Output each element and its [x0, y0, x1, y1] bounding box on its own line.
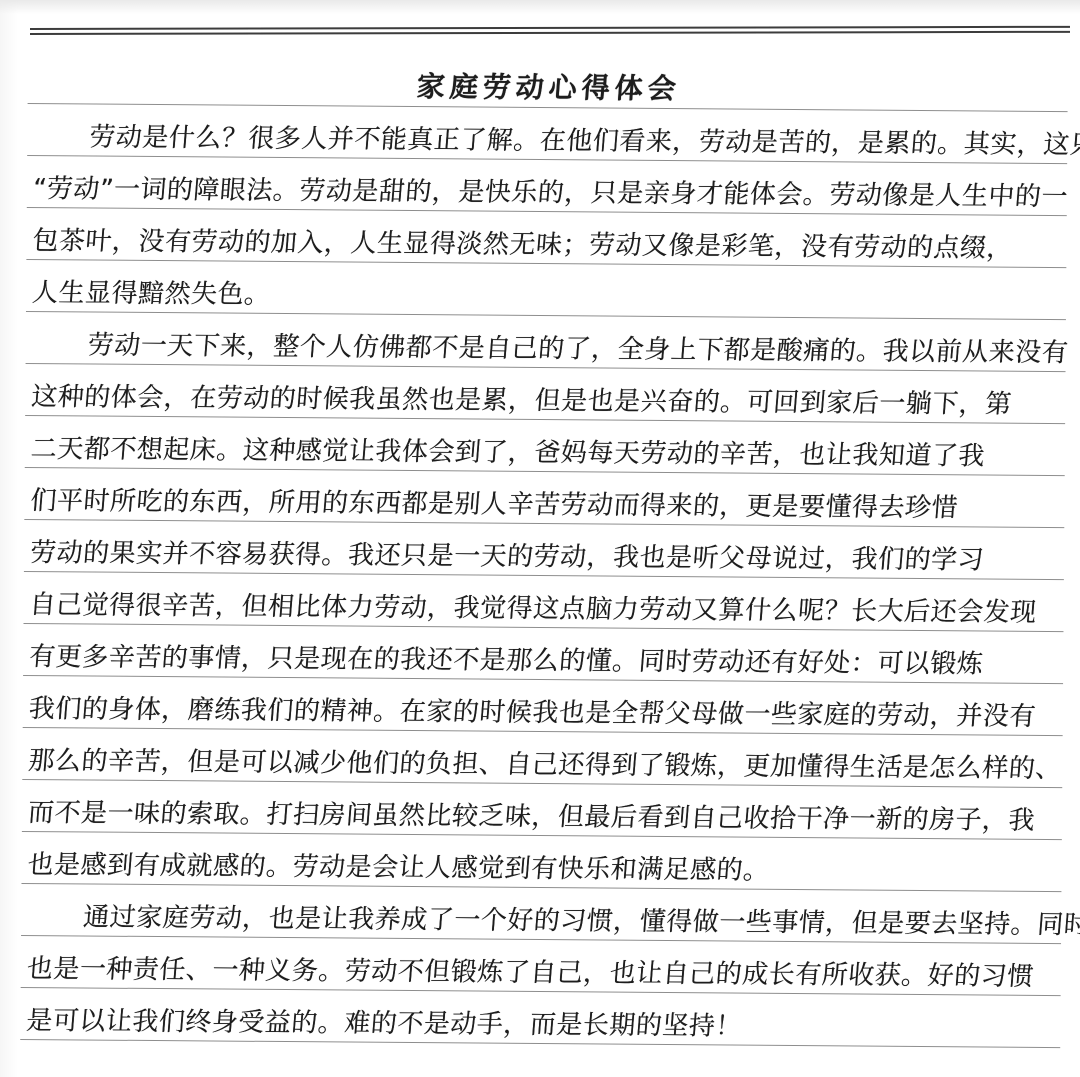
handwritten-line: “劳动”一词的障眼法。劳动是甜的，是快乐的，只是亲身才能体会。劳动像是人生中的一 — [27, 156, 1067, 216]
line-text: 也是感到有成就感的。劳动是会让人感觉到有快乐和满足感的。 — [26, 851, 770, 885]
line-text: 劳动的果实并不容易获得。我还只是一天的劳动，我也是听父母说过，我们的学习 — [29, 539, 985, 575]
line-text: 也是一种责任、一种义务。劳动不但锻炼了自己，也让自己的成长有所收获。好的习惯 — [26, 955, 1035, 991]
line-text: 那么的辛苦，但是可以减少他们的负担、自己还得到了锻炼，更加懂得生活是怎么样的、 — [27, 747, 1063, 784]
line-text: 二天都不想起床。这种感觉让我体会到了，爸妈每天劳动的辛苦，也让我知道了我 — [30, 435, 986, 471]
line-text: 有更多辛苦的事情，只是现在的我还不是那么的懂。同时劳动还有好处：可以锻炼 — [28, 643, 984, 679]
essay-title-row: 家庭劳动心得体会 — [28, 52, 1068, 112]
line-text: 们平时所吃的东西，所用的东西都是别人辛苦劳动而得来的，更是要懂得去珍惜 — [29, 487, 959, 523]
line-text: 人生显得黯然失色。 — [31, 279, 272, 309]
handwritten-line: 们平时所吃的东西，所用的东西都是别人辛苦劳动而得来的，更是要懂得去珍惜 — [24, 468, 1064, 528]
line-text: “劳动”一词的障眼法。劳动是甜的，是快乐的，只是亲身才能体会。劳动像是人生中的一 — [32, 175, 1069, 212]
handwritten-line: 是可以让我们终身受益的。难的不是动手，而是长期的坚持！ — [20, 988, 1060, 1048]
line-text: 这种的体会，在劳动的时候我虽然也是累，但是也是兴奋的。可回到家后一躺下，第 — [30, 383, 1013, 419]
handwritten-line: 那么的辛苦，但是可以减少他们的负担、自己还得到了锻炼，更加懂得生活是怎么样的、 — [22, 728, 1062, 788]
essay-title: 家庭劳动心得体会 — [416, 72, 682, 105]
handwritten-line: 也是感到有成就感的。劳动是会让人感觉到有快乐和满足感的。 — [21, 832, 1061, 892]
top-double-rule — [30, 26, 1070, 35]
line-text: 包茶叶，没有劳动的加入，人生显得淡然无味；劳动又像是彩笔，没有劳动的点缀， — [31, 227, 1014, 263]
line-text: 通过家庭劳动，也是让我养成了一个好的习惯，懂得做一些事情，但是要去坚持。同时 — [82, 904, 1080, 940]
handwritten-line: 劳动一天下来，整个人仿佛都不是自己的了，全身上下都是酸痛的。我以前从来没有 — [26, 312, 1066, 372]
handwritten-line: 这种的体会，在劳动的时候我虽然也是累，但是也是兴奋的。可回到家后一躺下，第 — [25, 364, 1065, 424]
handwritten-line: 包茶叶，没有劳动的加入，人生显得淡然无味；劳动又像是彩笔，没有劳动的点缀， — [26, 208, 1066, 268]
line-text: 是可以让我们终身受益的。难的不是动手，而是长期的坚持！ — [25, 1007, 743, 1041]
notebook-paper: 家庭劳动心得体会 劳动是什么？很多人并不能真正了解。在他们看来，劳动是苦的，是累… — [0, 0, 1080, 1077]
line-text: 而不是一味的索取。打扫房间虽然比较乏味，但最后看到自己收拾干净一新的房子，我 — [27, 799, 1036, 835]
handwritten-line: 而不是一味的索取。打扫房间虽然比较乏味，但最后看到自己收拾干净一新的房子，我 — [22, 780, 1062, 840]
line-text: 劳动是什么？很多人并不能真正了解。在他们看来，劳动是苦的，是累的。其实，这只是 — [88, 124, 1080, 161]
handwritten-line: 通过家庭劳动，也是让我养成了一个好的习惯，懂得做一些事情，但是要去坚持。同时 — [21, 884, 1061, 944]
handwritten-line: 我们的身体，磨练我们的精神。在家的时候我也是全帮父母做一些家庭的劳动，并没有 — [23, 676, 1063, 736]
ruled-writing-area: 家庭劳动心得体会 劳动是什么？很多人并不能真正了解。在他们看来，劳动是苦的，是累… — [20, 52, 1068, 1048]
handwritten-line: 自己觉得很辛苦，但相比体力劳动，我觉得这点脑力劳动又算什么呢？长大后还会发现 — [24, 572, 1064, 632]
line-text: 自己觉得很辛苦，但相比体力劳动，我觉得这点脑力劳动又算什么呢？长大后还会发现 — [29, 591, 1038, 627]
handwritten-line: 人生显得黯然失色。 — [26, 260, 1066, 320]
handwritten-line: 二天都不想起床。这种感觉让我体会到了，爸妈每天劳动的辛苦，也让我知道了我 — [25, 416, 1065, 476]
handwritten-line: 劳动的果实并不容易获得。我还只是一天的劳动，我也是听父母说过，我们的学习 — [24, 520, 1064, 580]
line-text: 我们的身体，磨练我们的精神。在家的时候我也是全帮父母做一些家庭的劳动，并没有 — [28, 695, 1037, 731]
handwritten-line: 劳动是什么？很多人并不能真正了解。在他们看来，劳动是苦的，是累的。其实，这只是 — [27, 104, 1067, 164]
line-text: 劳动一天下来，整个人仿佛都不是自己的了，全身上下都是酸痛的。我以前从来没有 — [87, 332, 1070, 368]
handwritten-line: 也是一种责任、一种义务。劳动不但锻炼了自己，也让自己的成长有所收获。好的习惯 — [21, 936, 1061, 996]
handwritten-line: 有更多辛苦的事情，只是现在的我还不是那么的懂。同时劳动还有好处：可以锻炼 — [23, 624, 1063, 684]
